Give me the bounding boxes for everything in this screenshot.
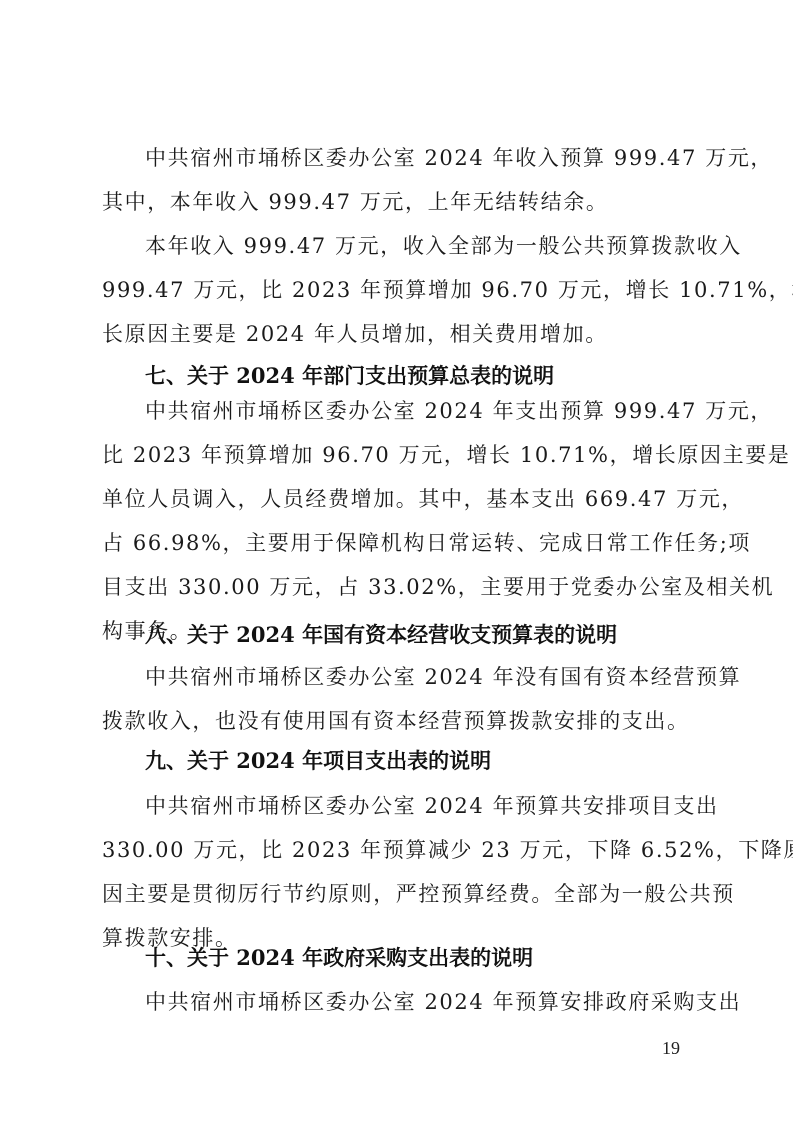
paragraph-current-income-line-1: 本年收入 999.47 万元，收入全部为一般公共预算拨款收入 xyxy=(145,233,700,259)
paragraph-current-income-line-2: 999.47 万元，比 2023 年预算增加 96.70 万元，增长 10.71… xyxy=(102,277,700,303)
paragraph-income-budget-line-2: 其中，本年收入 999.47 万元，上年无结转结余。 xyxy=(102,189,700,215)
section-heading-7: 七、关于 2024 年部门支出预算总表的说明 xyxy=(145,363,554,389)
page-number: 19 xyxy=(662,1037,680,1059)
document-page: 中共宿州市埇桥区委办公室 2024 年收入预算 999.47 万元， 其中，本年… xyxy=(0,0,793,1122)
paragraph-procurement-line-1: 中共宿州市埇桥区委办公室 2024 年预算安排政府采购支出 xyxy=(145,989,700,1015)
paragraph-state-capital-line-1: 中共宿州市埇桥区委办公室 2024 年没有国有资本经营预算 xyxy=(145,664,700,690)
paragraph-expenditure-line-3: 单位人员调入，人员经费增加。其中，基本支出 669.47 万元， xyxy=(102,486,700,512)
paragraph-expenditure-line-4: 占 66.98%，主要用于保障机构日常运转、完成日常工作任务;项 xyxy=(102,530,700,556)
paragraph-state-capital-line-2: 拨款收入，也没有使用国有资本经营预算拨款安排的支出。 xyxy=(102,708,700,734)
paragraph-project-expenditure-line-1: 中共宿州市埇桥区委办公室 2024 年预算共安排项目支出 xyxy=(145,793,700,819)
section-heading-10: 十、关于 2024 年政府采购支出表的说明 xyxy=(145,945,533,971)
section-heading-8: 八、关于 2024 年国有资本经营收支预算表的说明 xyxy=(145,622,617,648)
paragraph-expenditure-line-2: 比 2023 年预算增加 96.70 万元，增长 10.71%，增长原因主要是 xyxy=(102,442,700,468)
paragraph-project-expenditure-line-2: 330.00 万元，比 2023 年预算减少 23 万元，下降 6.52%，下降… xyxy=(102,837,700,863)
paragraph-income-budget-line-1: 中共宿州市埇桥区委办公室 2024 年收入预算 999.47 万元， xyxy=(145,145,700,171)
paragraph-current-income-line-3: 长原因主要是 2024 年人员增加，相关费用增加。 xyxy=(102,321,700,347)
paragraph-expenditure-line-5: 目支出 330.00 万元，占 33.02%，主要用于党委办公室及相关机 xyxy=(102,574,700,600)
paragraph-project-expenditure-line-3: 因主要是贯彻厉行节约原则，严控预算经费。全部为一般公共预 xyxy=(102,881,700,907)
section-heading-9: 九、关于 2024 年项目支出表的说明 xyxy=(145,748,491,774)
paragraph-expenditure-line-1: 中共宿州市埇桥区委办公室 2024 年支出预算 999.47 万元， xyxy=(145,398,700,424)
